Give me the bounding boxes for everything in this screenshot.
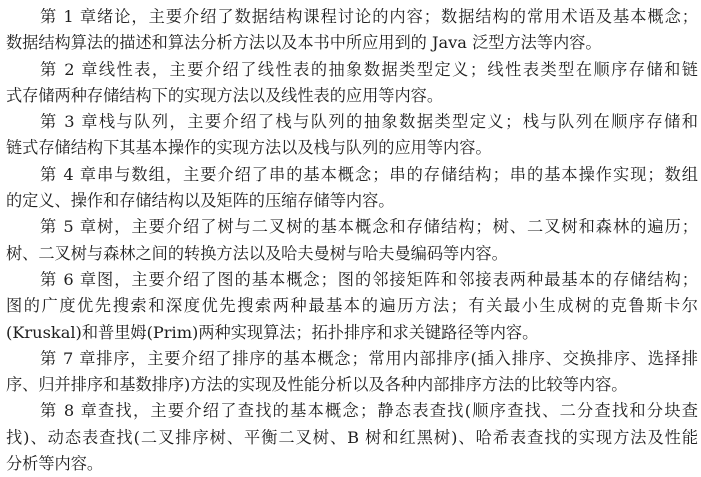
text-line: 第 6 章图，主要介绍了图的基本概念；图的邻接矩阵和邻接表两种最基本的存储结构； <box>6 267 698 293</box>
paragraph-chapter-2: 第 2 章线性表，主要介绍了线性表的抽象数据类型定义；线性表类型在顺序存储和链 … <box>6 57 698 110</box>
text-line: 第 8 章查找，主要介绍了查找的基本概念；静态表查找(顺序查找、二分查找和分块查 <box>6 398 698 424</box>
text-line: 第 1 章绪论，主要介绍了数据结构课程讨论的内容；数据结构的常用术语及基本概念； <box>6 4 698 30</box>
text-line: 的定义、操作和存储结构以及矩阵的压缩存储等内容。 <box>6 188 698 214</box>
paragraph-chapter-5: 第 5 章树，主要介绍了树与二叉树的基本概念和存储结构；树、二叉树和森林的遍历；… <box>6 214 698 267</box>
text-line: 树、二叉树与森林之间的转换方法以及哈夫曼树与哈夫曼编码等内容。 <box>6 241 698 267</box>
paragraph-chapter-4: 第 4 章串与数组，主要介绍了串的基本概念；串的存储结构；串的基本操作实现；数组… <box>6 162 698 215</box>
paragraph-chapter-1: 第 1 章绪论，主要介绍了数据结构课程讨论的内容；数据结构的常用术语及基本概念；… <box>6 4 698 57</box>
paragraph-chapter-8: 第 8 章查找，主要介绍了查找的基本概念；静态表查找(顺序查找、二分查找和分块查… <box>6 398 698 477</box>
paragraph-chapter-3: 第 3 章栈与队列，主要介绍了栈与队列的抽象数据类型定义；栈与队列在顺序存储和 … <box>6 109 698 162</box>
text-line: 第 7 章排序，主要介绍了排序的基本概念；常用内部排序(插入排序、交换排序、选择… <box>6 346 698 372</box>
text-line: 第 3 章栈与队列，主要介绍了栈与队列的抽象数据类型定义；栈与队列在顺序存储和 <box>6 109 698 135</box>
text-line: 数据结构算法的描述和算法分析方法以及本书中所应用到的 Java 泛型方法等内容。 <box>6 30 698 56</box>
text-line: 序、归并排序和基数排序)方法的实现及性能分析以及各种内部排序方法的比较等内容。 <box>6 372 698 398</box>
text-line: 图的广度优先搜索和深度优先搜索两种最基本的遍历方法；有关最小生成树的克鲁斯卡尔 <box>6 293 698 319</box>
document-page: 第 1 章绪论，主要介绍了数据结构课程讨论的内容；数据结构的常用术语及基本概念；… <box>6 4 698 477</box>
text-line: 链式存储结构下其基本操作的实现方法以及栈与队列的应用等内容。 <box>6 135 698 161</box>
paragraph-chapter-7: 第 7 章排序，主要介绍了排序的基本概念；常用内部排序(插入排序、交换排序、选择… <box>6 346 698 399</box>
text-line: 式存储两种存储结构下的实现方法以及线性表的应用等内容。 <box>6 83 698 109</box>
text-line: (Kruskal)和普里姆(Prim)两种实现算法；拓扑排序和求关键路径等内容。 <box>6 320 698 346</box>
text-line: 第 5 章树，主要介绍了树与二叉树的基本概念和存储结构；树、二叉树和森林的遍历； <box>6 214 698 240</box>
text-line: 找)、动态表查找(二叉排序树、平衡二叉树、B 树和红黑树)、哈希表查找的实现方法… <box>6 425 698 451</box>
text-line: 第 2 章线性表，主要介绍了线性表的抽象数据类型定义；线性表类型在顺序存储和链 <box>6 57 698 83</box>
text-line: 分析等内容。 <box>6 451 698 477</box>
paragraph-chapter-6: 第 6 章图，主要介绍了图的基本概念；图的邻接矩阵和邻接表两种最基本的存储结构；… <box>6 267 698 346</box>
text-line: 第 4 章串与数组，主要介绍了串的基本概念；串的存储结构；串的基本操作实现；数组 <box>6 162 698 188</box>
